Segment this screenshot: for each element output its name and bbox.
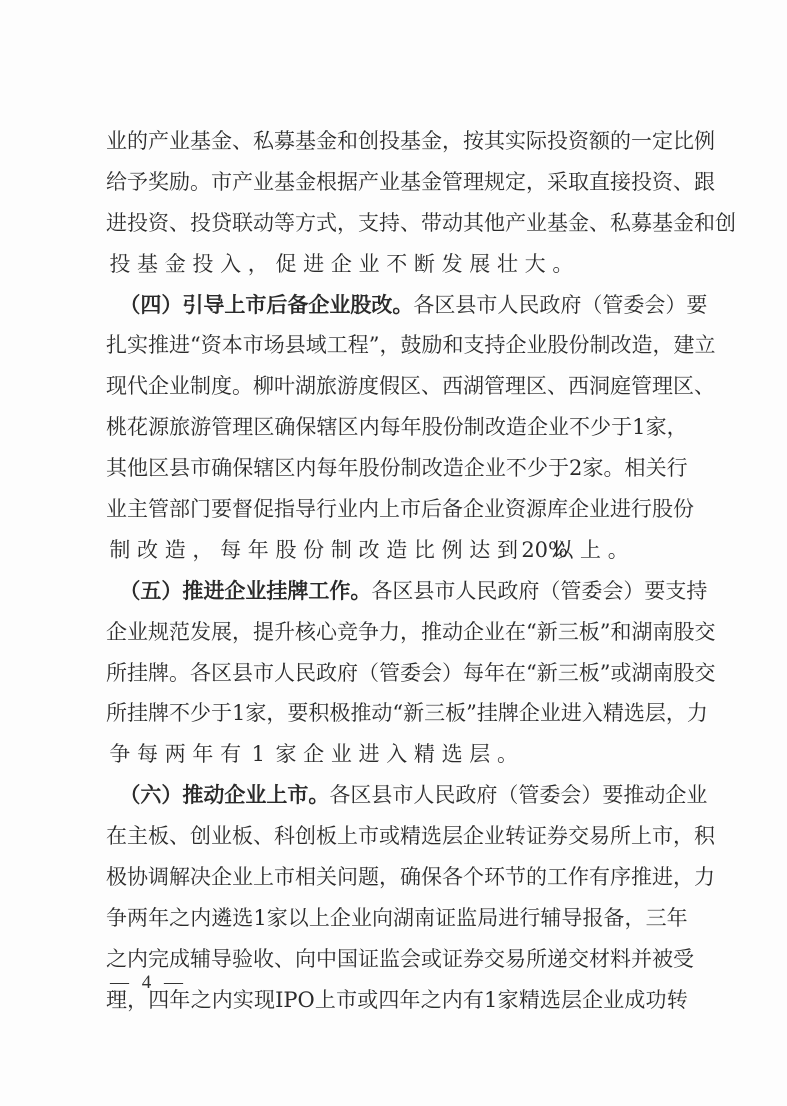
paragraph-p-continued: 业的产业基金、私募基金和创投基金，按其实际投资额的一定比例给予奖励。市产业基金根… — [106, 121, 688, 285]
paragraph-p-4: （四）引导上市后备企业股改。各区县市人民政府（管委会）要扎实推进“资本市场县域工… — [106, 285, 688, 571]
text-line: 投基金投入，促进企业不断发展壮大。 — [106, 244, 688, 285]
body-text: 业的产业基金、私募基金和创投基金，按其实际投资额的一定比例给予奖励。市产业基金根… — [106, 121, 688, 1021]
text-line: 现代企业制度。柳叶湖旅游度假区、西湖管理区、西洞庭管理区、 — [106, 366, 688, 407]
text-line: 其他区县市确保辖区内每年股份制改造企业不少于2家。相关行 — [106, 448, 688, 489]
text-line: 给予奖励。市产业基金根据产业基金管理规定，采取直接投资、跟 — [106, 162, 688, 203]
text-line: 争每两年有1家企业进入精选层。 — [106, 734, 688, 775]
page-number: — 4 — — [110, 972, 187, 994]
text-line: 扎实推进“资本市场县域工程”，鼓励和支持企业股份制改造，建立 — [106, 325, 688, 366]
text-line: 所挂牌不少于1家，要积极推动“新三板”挂牌企业进入精选层，力 — [106, 693, 688, 734]
text-line: 桃花源旅游管理区确保辖区内每年股份制改造企业不少于1家， — [106, 407, 688, 448]
text-line: 争两年之内遴选1家以上企业向湖南证监局进行辅导报备，三年 — [106, 898, 688, 939]
text-line: 进投资、投贷联动等方式，支持、带动其他产业基金、私募基金和创 — [106, 203, 688, 244]
text-line: 企业规范发展，提升核心竞争力，推动企业在“新三板”和湖南股交 — [106, 612, 688, 653]
text-line: （四）引导上市后备企业股改。各区县市人民政府（管委会）要 — [106, 285, 688, 326]
text-line: 业主管部门要督促指导行业内上市后备企业资源库企业进行股份 — [106, 489, 688, 530]
document-page: 业的产业基金、私募基金和创投基金，按其实际投资额的一定比例给予奖励。市产业基金根… — [0, 0, 787, 1106]
paragraph-p-6: （六）推动企业上市。各区县市人民政府（管委会）要推动企业在主板、创业板、科创板上… — [106, 775, 688, 1020]
text-line: （五）推进企业挂牌工作。各区县市人民政府（管委会）要支持 — [106, 571, 688, 612]
text-line: 理，四年之内实现IPO上市或四年之内有1家精选层企业成功转 — [106, 980, 688, 1021]
text-line: （六）推动企业上市。各区县市人民政府（管委会）要推动企业 — [106, 775, 688, 816]
text-line: 之内完成辅导验收、向中国证监会或证券交易所递交材料并被受 — [106, 939, 688, 980]
paragraph-p-5: （五）推进企业挂牌工作。各区县市人民政府（管委会）要支持企业规范发展，提升核心竞… — [106, 571, 688, 775]
text-line: 业的产业基金、私募基金和创投基金，按其实际投资额的一定比例 — [106, 121, 688, 162]
text-line: 在主板、创业板、科创板上市或精选层企业转证券交易所上市，积 — [106, 816, 688, 857]
text-line: 极协调解决企业上市相关问题，确保各个环节的工作有序推进，力 — [106, 857, 688, 898]
text-line: 制改造，每年股份制改造比例达到20%以上。 — [106, 530, 688, 571]
text-line: 所挂牌。各区县市人民政府（管委会）每年在“新三板”或湖南股交 — [106, 653, 688, 694]
